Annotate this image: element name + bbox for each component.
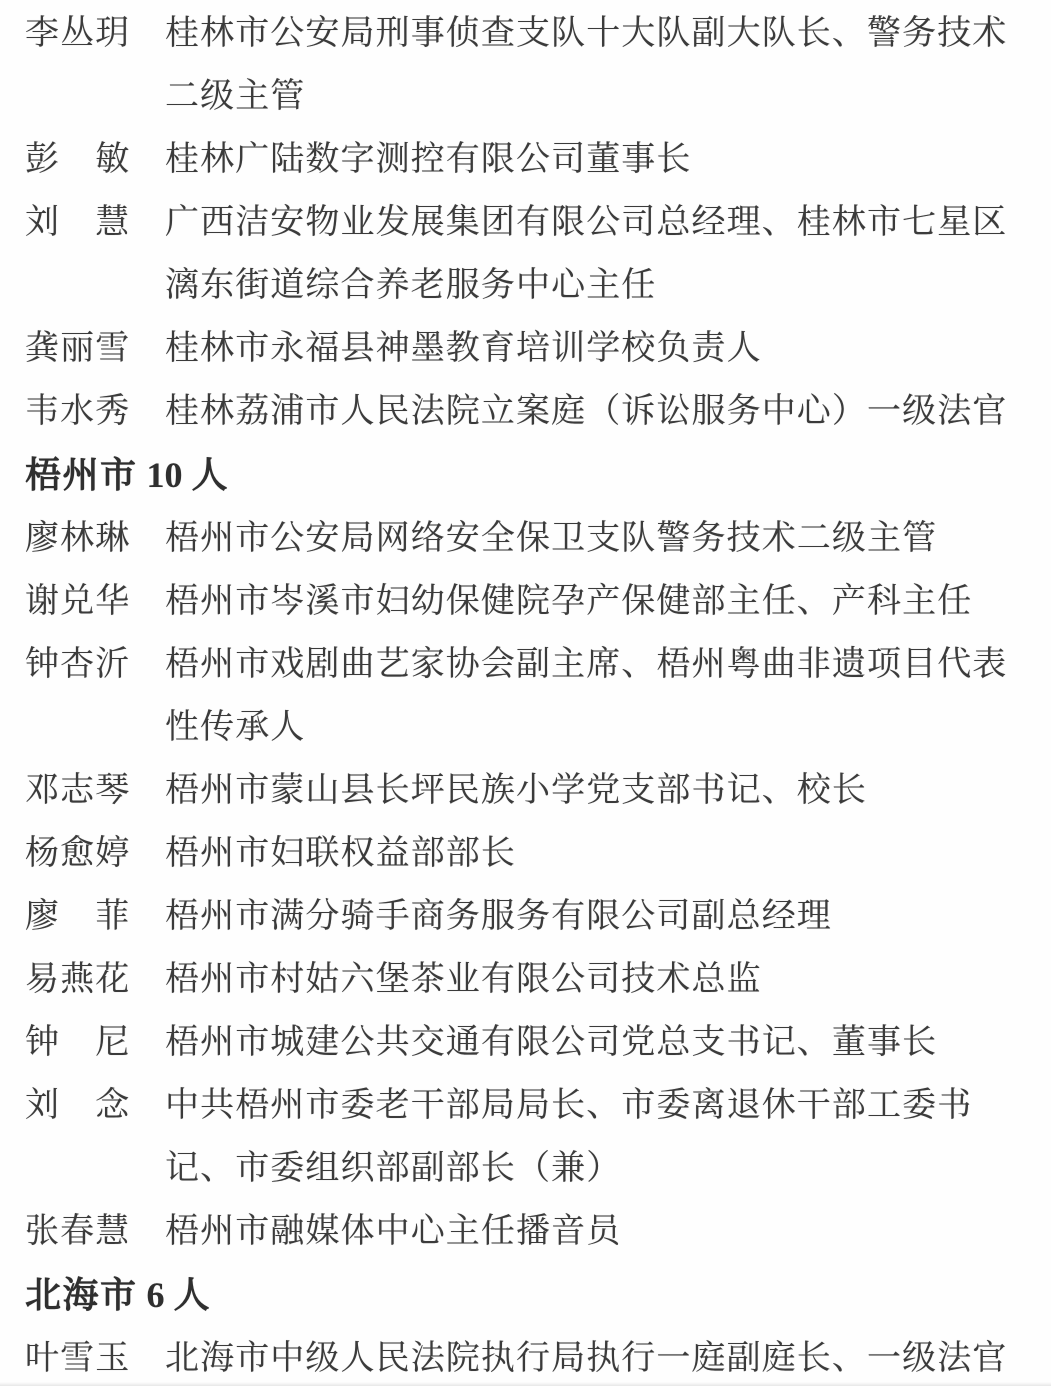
person-position: 梧州市融媒体中心主任播音员 — [165, 1200, 1011, 1263]
person-position: 中共梧州市委老干部局局长、市委离退休干部工委书记、市委组织部副部长（兼） — [165, 1074, 1011, 1200]
person-name: 钟杏沂 — [25, 633, 165, 696]
person-entry: 刘 念 中共梧州市委老干部局局长、市委离退休干部工委书记、市委组织部副部长（兼） — [25, 1074, 1011, 1200]
person-position: 梧州市戏剧曲艺家协会副主席、梧州粤曲非遗项目代表性传承人 — [165, 633, 1011, 759]
person-position: 北海市中级人民法院执行局执行一庭副庭长、一级法官 — [165, 1327, 1011, 1386]
person-entry: 钟杏沂 梧州市戏剧曲艺家协会副主席、梧州粤曲非遗项目代表性传承人 — [25, 633, 1011, 759]
person-entry: 廖 菲 梧州市满分骑手商务服务有限公司副总经理 — [25, 885, 1011, 948]
section-count-unit: 人 — [174, 1274, 212, 1315]
person-name: 邓志琴 — [25, 759, 165, 822]
person-entry: 张春慧 梧州市融媒体中心主任播音员 — [25, 1200, 1011, 1263]
person-entry: 钟 尼 梧州市城建公共交通有限公司党总支书记、董事长 — [25, 1011, 1011, 1074]
person-entry: 易燕花 梧州市村姑六堡茶业有限公司技术总监 — [25, 948, 1011, 1011]
person-position: 桂林市永福县神墨教育培训学校负责人 — [165, 317, 1011, 380]
section-person-count: 10 — [147, 455, 183, 495]
person-position: 梧州市蒙山县长坪民族小学党支部书记、校长 — [165, 759, 1011, 822]
person-position: 梧州市妇联权益部部长 — [165, 822, 1011, 885]
person-entry: 谢兑华 梧州市岑溪市妇幼保健院孕产保健部主任、产科主任 — [25, 570, 1011, 633]
person-name: 廖 菲 — [25, 885, 165, 948]
person-name: 钟 尼 — [25, 1011, 165, 1074]
city-section-header: 梧州市10人 — [25, 443, 1011, 507]
person-name: 杨愈婷 — [25, 822, 165, 885]
document-page: 李丛玥 桂林市公安局刑事侦查支队十大队副大队长、警务技术二级主管 彭 敏 桂林广… — [0, 0, 1051, 1386]
section-person-count: 6 — [147, 1275, 165, 1315]
section-count-unit: 人 — [192, 454, 230, 495]
person-name: 叶雪玉 — [25, 1327, 165, 1386]
person-entry: 邓志琴 梧州市蒙山县长坪民族小学党支部书记、校长 — [25, 759, 1011, 822]
person-name: 廖林琳 — [25, 507, 165, 570]
section-city-name: 梧州市 — [25, 454, 138, 495]
person-position: 桂林市公安局刑事侦查支队十大队副大队长、警务技术二级主管 — [165, 2, 1011, 128]
person-position: 梧州市公安局网络安全保卫支队警务技术二级主管 — [165, 507, 1011, 570]
person-name: 彭 敏 — [25, 128, 165, 191]
award-roster-list: 李丛玥 桂林市公安局刑事侦查支队十大队副大队长、警务技术二级主管 彭 敏 桂林广… — [25, 2, 1011, 1386]
person-position: 梧州市岑溪市妇幼保健院孕产保健部主任、产科主任 — [165, 570, 1011, 633]
person-position: 广西洁安物业发展集团有限公司总经理、桂林市七星区漓东街道综合养老服务中心主任 — [165, 191, 1011, 317]
person-position: 梧州市满分骑手商务服务有限公司副总经理 — [165, 885, 1011, 948]
person-entry: 叶雪玉 北海市中级人民法院执行局执行一庭副庭长、一级法官 — [25, 1327, 1011, 1386]
person-position: 梧州市村姑六堡茶业有限公司技术总监 — [165, 948, 1011, 1011]
person-name: 易燕花 — [25, 948, 165, 1011]
person-name: 谢兑华 — [25, 570, 165, 633]
person-name: 龚丽雪 — [25, 317, 165, 380]
section-city-name: 北海市 — [25, 1274, 138, 1315]
person-entry: 李丛玥 桂林市公安局刑事侦查支队十大队副大队长、警务技术二级主管 — [25, 2, 1011, 128]
person-entry: 杨愈婷 梧州市妇联权益部部长 — [25, 822, 1011, 885]
person-entry: 廖林琳 梧州市公安局网络安全保卫支队警务技术二级主管 — [25, 507, 1011, 570]
person-position: 桂林荔浦市人民法院立案庭（诉讼服务中心）一级法官 — [165, 380, 1011, 443]
person-name: 刘 念 — [25, 1074, 165, 1137]
person-entry: 彭 敏 桂林广陆数字测控有限公司董事长 — [25, 128, 1011, 191]
person-position: 桂林广陆数字测控有限公司董事长 — [165, 128, 1011, 191]
person-name: 李丛玥 — [25, 2, 165, 65]
person-entry: 龚丽雪 桂林市永福县神墨教育培训学校负责人 — [25, 317, 1011, 380]
person-name: 韦水秀 — [25, 380, 165, 443]
person-entry: 韦水秀 桂林荔浦市人民法院立案庭（诉讼服务中心）一级法官 — [25, 380, 1011, 443]
person-name: 刘 慧 — [25, 191, 165, 254]
person-entry: 刘 慧 广西洁安物业发展集团有限公司总经理、桂林市七星区漓东街道综合养老服务中心… — [25, 191, 1011, 317]
city-section-header: 北海市6人 — [25, 1263, 1011, 1327]
person-position: 梧州市城建公共交通有限公司党总支书记、董事长 — [165, 1011, 1011, 1074]
person-name: 张春慧 — [25, 1200, 165, 1263]
